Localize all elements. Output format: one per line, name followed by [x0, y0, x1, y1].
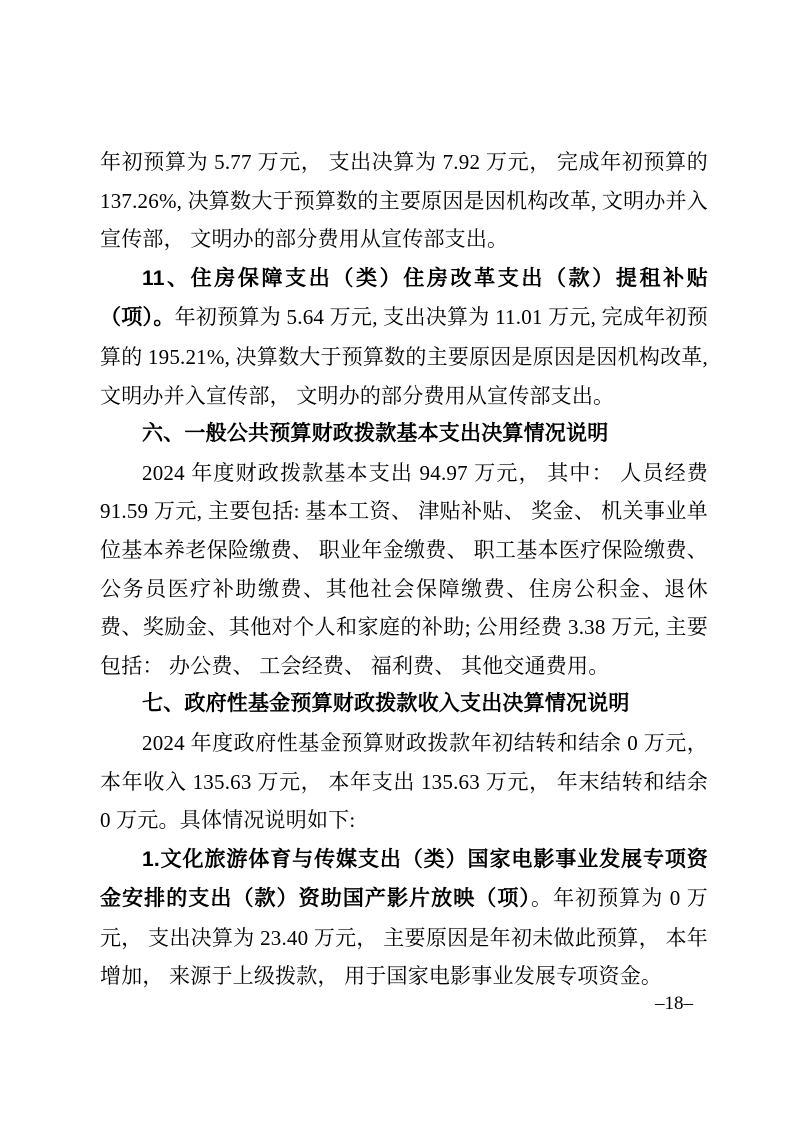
section-heading-seven: 七、政府性基金预算财政拨款收入支出决算情况说明 [100, 685, 708, 724]
section-heading-six: 六、一般公共预算财政拨款基本支出决算情况说明 [100, 415, 708, 454]
section-heading-six-text: 六、一般公共预算财政拨款基本支出决算情况说明 [142, 422, 608, 445]
page-number: –18– [655, 991, 693, 1017]
document-page: 年初预算为 5.77 万元， 支出决算为 7.92 万元， 完成年初预算的 13… [0, 0, 793, 1122]
section-heading-seven-text: 七、政府性基金预算财政拨款收入支出决算情况说明 [142, 692, 630, 715]
paragraph-housing-subsidy-text: 年初预算为 5.64 万元, 支出决算为 11.01 万元, 完成年初预算的 1… [100, 305, 708, 407]
paragraph-housing-subsidy: 11、住房保障支出（类）住房改革支出（款）提租补贴（项）。年初预算为 5.64 … [100, 259, 708, 415]
paragraph-fund-summary: 2024 年度政府性基金预算财政拨款年初结转和结余 0 万元， 本年收入 135… [100, 724, 708, 840]
paragraph-carryover-text: 年初预算为 5.77 万元， 支出决算为 7.92 万元， 完成年初预算的 13… [100, 150, 708, 251]
document-body: 年初预算为 5.77 万元， 支出决算为 7.92 万元， 完成年初预算的 13… [100, 143, 708, 996]
paragraph-carryover: 年初预算为 5.77 万元， 支出决算为 7.92 万元， 完成年初预算的 13… [100, 143, 708, 259]
paragraph-basic-expense: 2024 年度财政拨款基本支出 94.97 万元， 其中： 人员经费 91.59… [100, 454, 708, 686]
paragraph-fund-summary-text: 2024 年度政府性基金预算财政拨款年初结转和结余 0 万元， 本年收入 135… [100, 731, 708, 832]
paragraph-basic-expense-text: 2024 年度财政拨款基本支出 94.97 万元， 其中： 人员经费 91.59… [100, 461, 708, 678]
paragraph-film-fund: 1.文化旅游体育与传媒支出（类）国家电影事业发展专项资金安排的支出（款）资助国产… [100, 840, 708, 996]
